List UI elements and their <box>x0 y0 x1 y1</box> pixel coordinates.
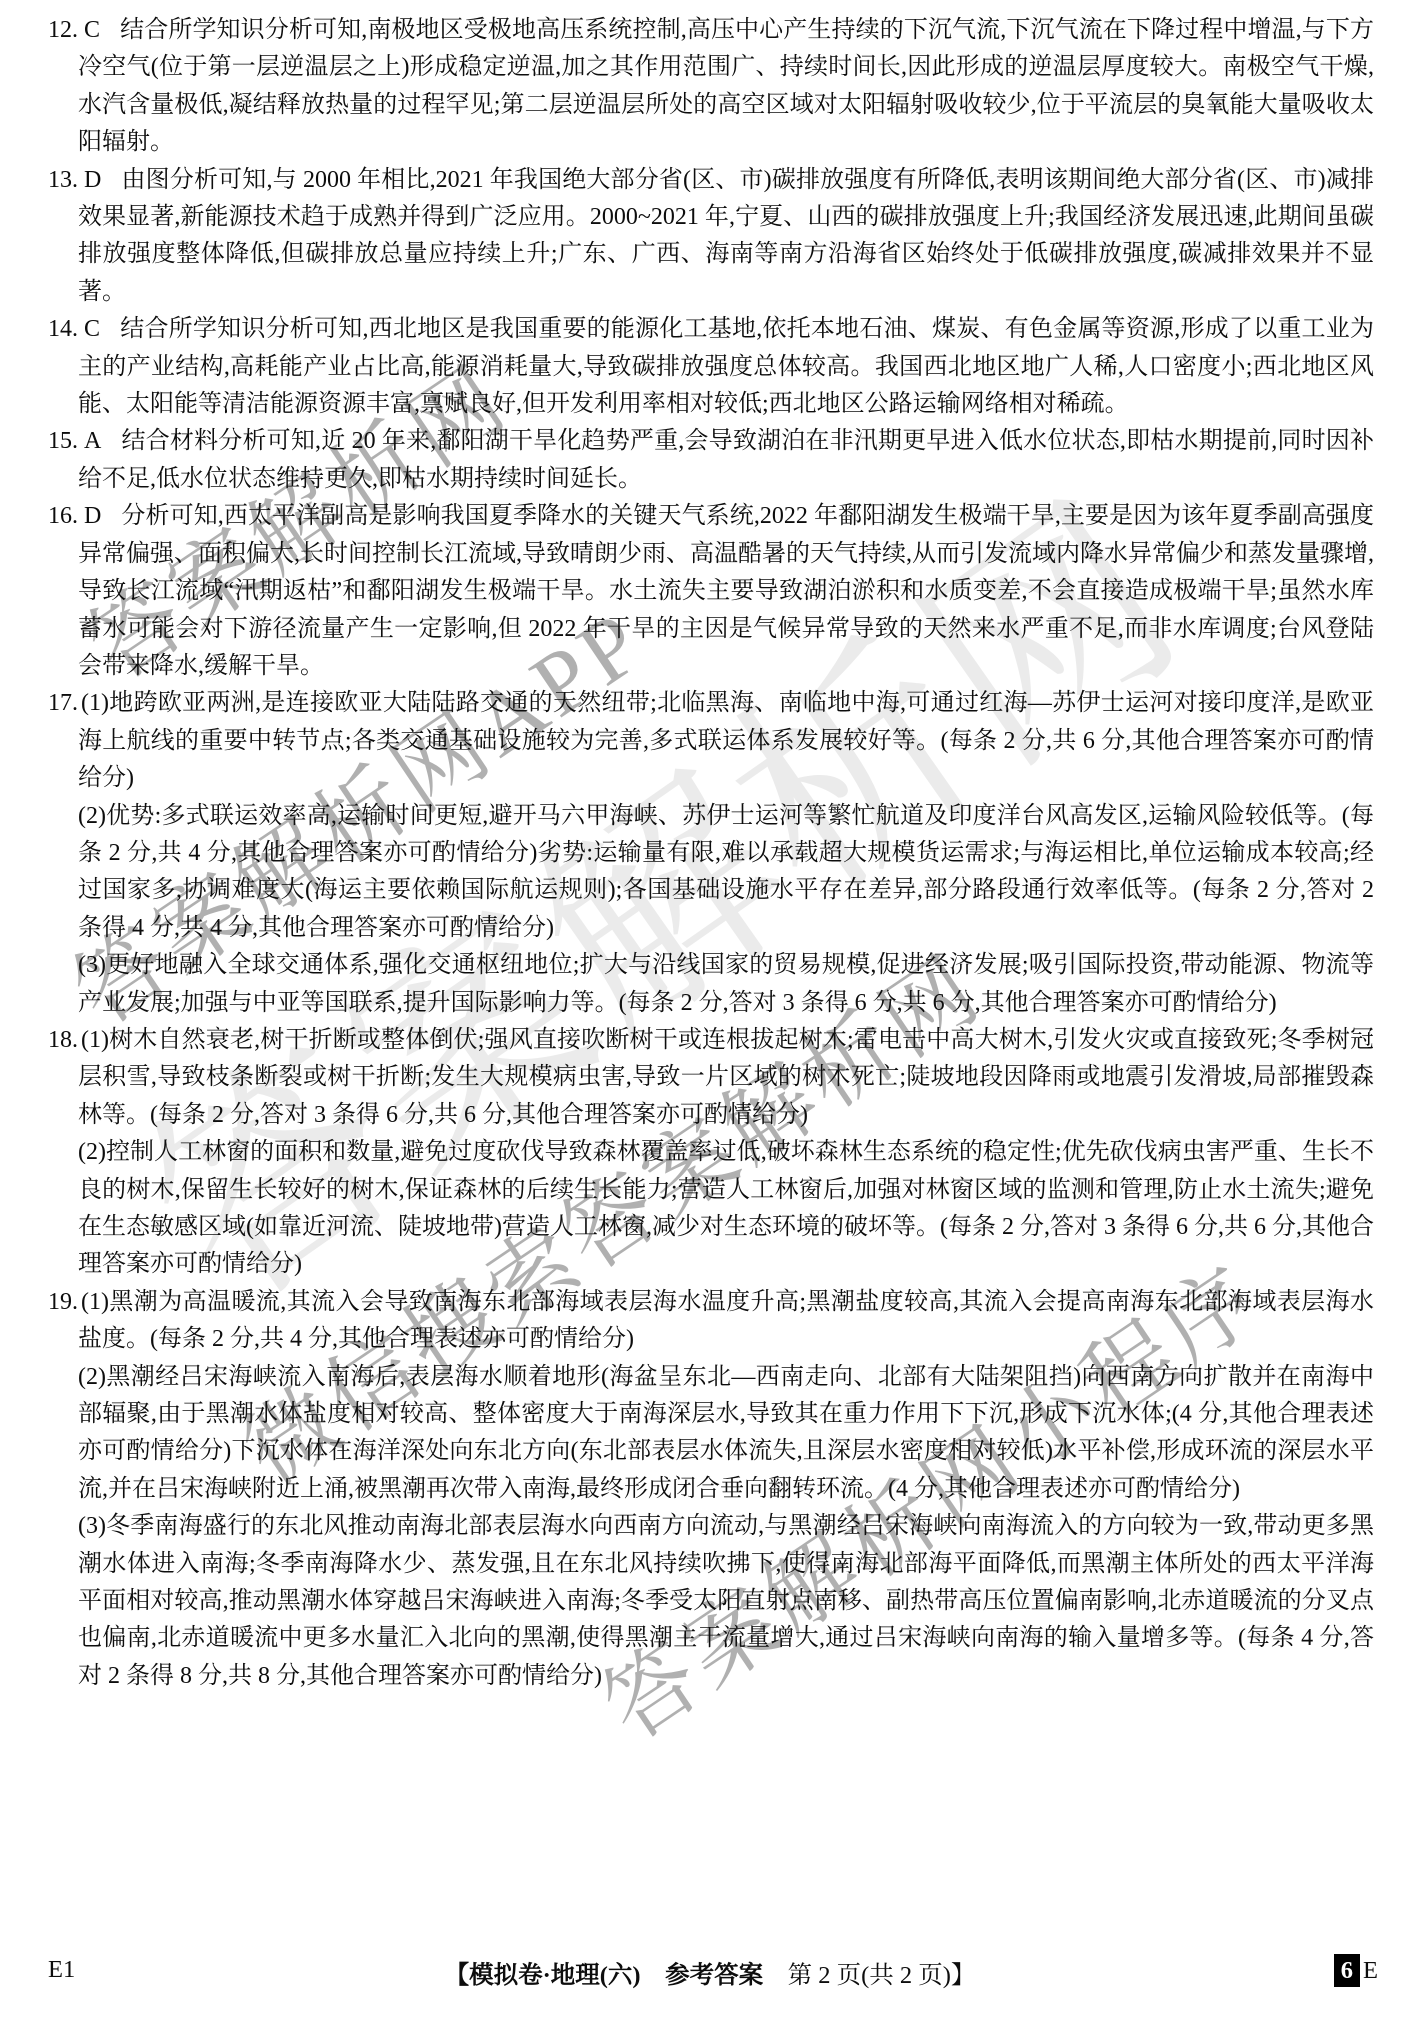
answer-paragraph: 18.(1)树木自然衰老,树干折断或整体倒伏;强风直接吹断树干或连根拔起树木;雷… <box>48 1022 1374 1134</box>
answer-paragraph: 14.C结合所学知识分析可知,西北地区是我国重要的能源化工基地,依托本地石油、煤… <box>48 311 1374 423</box>
question-number: 16. <box>48 503 78 529</box>
answer-paragraph: 13.D由图分析可知,与 2000 年相比,2021 年我国绝大部分省(区、市)… <box>48 162 1374 312</box>
question-number: 15. <box>48 428 78 454</box>
answer-list: 12.C结合所学知识分析可知,南极地区受极地高压系统控制,高压中心产生持续的下沉… <box>48 12 1374 1695</box>
answer-item-17: 17.(1)地跨欧亚两洲,是连接欧亚大陆陆路交通的天然纽带;北临黑海、南临地中海… <box>48 685 1374 1022</box>
answer-paragraph: 19.(1)黑潮为高温暖流,其流入会导致南海东北部海域表层海水温度升高;黑潮盐度… <box>48 1284 1374 1359</box>
answer-letter: A <box>84 428 101 454</box>
footer-right-code: 6E <box>1334 1954 1378 1987</box>
page-footer: E1 【模拟卷·地理(六) 参考答案 第 2 页(共 2 页)】 6E <box>0 1950 1420 1994</box>
question-number: 17. <box>48 690 78 716</box>
answer-paragraph: (2)优势:多式联运效率高,运输时间更短,避开马六甲海峡、苏伊士运河等繁忙航道及… <box>48 798 1374 948</box>
answer-paragraph: (2)黑潮经吕宋海峡流入南海后,表层海水顺着地形(海盆呈东北—西南走向、北部有大… <box>48 1359 1374 1509</box>
footer-page-info: 第 2 页(共 2 页)】 <box>788 1962 976 1989</box>
question-number: 14. <box>48 316 78 342</box>
answer-paragraph: (2)控制人工林窗的面积和数量,避免过度砍伐导致森林覆盖率过低,破坏森林生态系统… <box>48 1134 1374 1284</box>
footer-exam-name: 【模拟卷·地理(六) <box>445 1962 641 1989</box>
footer-answer-label: 参考答案 <box>665 1962 763 1989</box>
answer-item-19: 19.(1)黑潮为高温暖流,其流入会导致南海东北部海域表层海水温度升高;黑潮盐度… <box>48 1284 1374 1695</box>
question-number: 19. <box>48 1289 78 1315</box>
answer-paragraph: 12.C结合所学知识分析可知,南极地区受极地高压系统控制,高压中心产生持续的下沉… <box>48 12 1374 162</box>
answer-letter: D <box>84 167 101 193</box>
answer-item-14: 14.C结合所学知识分析可知,西北地区是我国重要的能源化工基地,依托本地石油、煤… <box>48 311 1374 423</box>
question-number: 13. <box>48 167 78 193</box>
footer-page-number-box: 6 <box>1334 1954 1360 1987</box>
footer-letter: E <box>1363 1957 1378 1984</box>
question-number: 18. <box>48 1027 78 1053</box>
answer-paragraph: 16.D分析可知,西太平洋副高是影响我国夏季降水的关键天气系统,2022 年鄱阳… <box>48 498 1374 685</box>
answer-letter: C <box>84 316 100 342</box>
answer-item-18: 18.(1)树木自然衰老,树干折断或整体倒伏;强风直接吹断树干或连根拔起树木;雷… <box>48 1022 1374 1284</box>
answer-sheet-page: 答案解析网答案解析网答案解析网APP微信搜索答案解析网答案解析网小程序 12.C… <box>0 0 1420 2018</box>
answer-item-12: 12.C结合所学知识分析可知,南极地区受极地高压系统控制,高压中心产生持续的下沉… <box>48 12 1374 162</box>
footer-title: 【模拟卷·地理(六) 参考答案 第 2 页(共 2 页)】 <box>0 1956 1420 1991</box>
answer-item-16: 16.D分析可知,西太平洋副高是影响我国夏季降水的关键天气系统,2022 年鄱阳… <box>48 498 1374 685</box>
answer-item-15: 15.A结合材料分析可知,近 20 年来,鄱阳湖干旱化趋势严重,会导致湖泊在非汛… <box>48 423 1374 498</box>
answer-letter: C <box>84 17 100 43</box>
answer-paragraph: (3)冬季南海盛行的东北风推动南海北部表层海水向西南方向流动,与黑潮经吕宋海峡向… <box>48 1508 1374 1695</box>
answer-item-13: 13.D由图分析可知,与 2000 年相比,2021 年我国绝大部分省(区、市)… <box>48 162 1374 312</box>
answer-paragraph: 17.(1)地跨欧亚两洲,是连接欧亚大陆陆路交通的天然纽带;北临黑海、南临地中海… <box>48 685 1374 797</box>
answer-paragraph: 15.A结合材料分析可知,近 20 年来,鄱阳湖干旱化趋势严重,会导致湖泊在非汛… <box>48 423 1374 498</box>
answer-paragraph: (3)更好地融入全球交通体系,强化交通枢纽地位;扩大与沿线国家的贸易规模,促进经… <box>48 947 1374 1022</box>
answer-letter: D <box>84 503 101 529</box>
question-number: 12. <box>48 17 78 43</box>
